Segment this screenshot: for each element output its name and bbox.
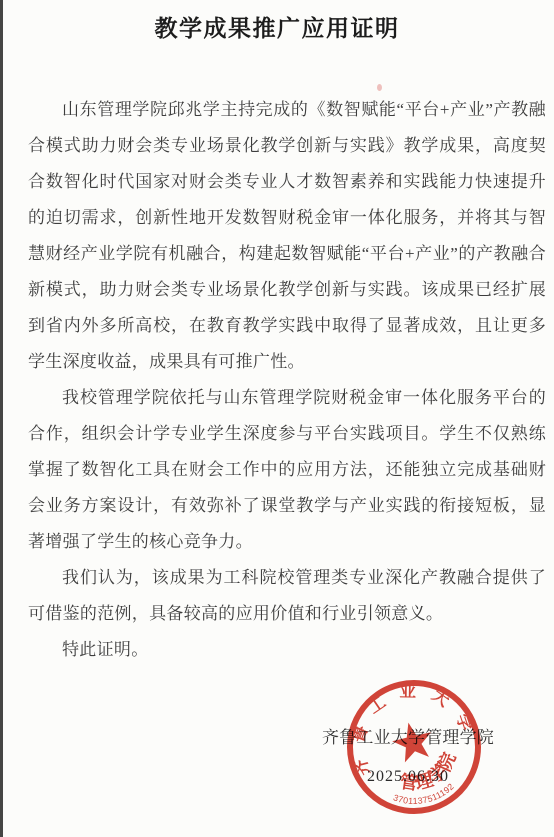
certificate-body: 山东管理学院邱兆学主持完成的《数智赋能“平台+产业”产教融合模式助力财会类专业场… [28,92,546,668]
body-paragraph-3: 我们认为，该成果为工科院校管理类专业深化产教融合提供了可借鉴的范例，具备较高的应… [28,560,546,632]
svg-text:齐鲁工业大学: 齐鲁工业大学 [334,667,483,778]
certificate-page: 教学成果推广应用证明 山东管理学院邱兆学主持完成的《数智赋能“平台+产业”产教融… [0,0,554,837]
red-star-icon [389,718,436,764]
scan-speck-artifact [377,84,382,91]
official-seal: 齐鲁工业大学 管理学院 3701137511192 [330,663,498,831]
scan-edge-artifact [0,0,3,837]
body-paragraph-4: 特此证明。 [28,632,546,668]
body-paragraph-2: 我校管理学院依托与山东管理学院财税金审一体化服务平台的合作，组织会计学专业学生深… [28,380,546,560]
seal-outer-text: 齐鲁工业大学 [334,667,483,778]
page-title: 教学成果推广应用证明 [0,10,554,43]
body-paragraph-1: 山东管理学院邱兆学主持完成的《数智赋能“平台+产业”产教融合模式助力财会类专业场… [28,92,546,380]
